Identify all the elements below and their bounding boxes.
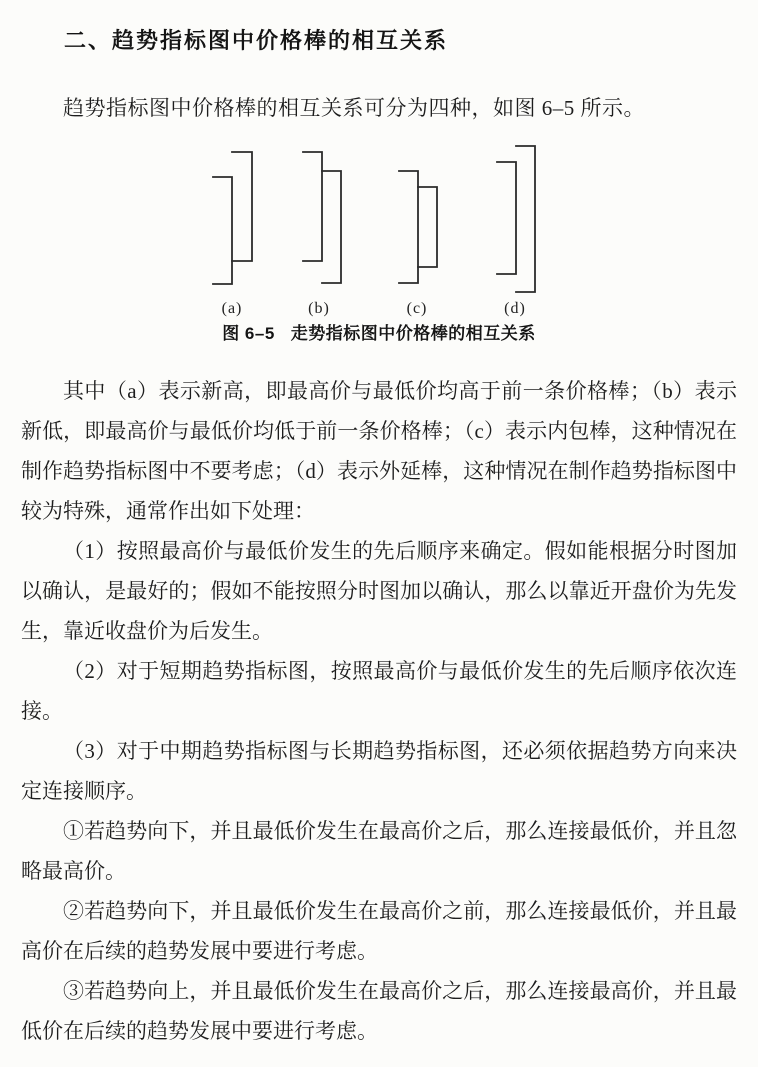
figure-6-5: (a) (b) (c) (d) 图 6–5走势指标图中价格棒的相互关系: [21, 138, 737, 345]
current-price-bar: [516, 146, 535, 292]
body-paragraph-overview: 其中（a）表示新高，即最高价与最低价均高于前一条价格棒；（b）表示新低，即最高价…: [21, 371, 737, 531]
price-bar-relationship-diagram: (a) (b) (c) (d): [189, 138, 569, 323]
diagram-lines: [213, 146, 535, 292]
body-paragraph-case-2: ②若趋势向下，并且最低价发生在最高价之前，那么连接最低价，并且最高价在后续的趋势…: [21, 891, 737, 971]
figure-caption-number: 图 6–5: [222, 324, 275, 343]
current-price-bar: [418, 187, 437, 267]
diagram-b-new-low: [303, 152, 341, 283]
book-page: 二、趋势指标图中价格棒的相互关系 趋势指标图中价格棒的相互关系可分为四种，如图 …: [0, 0, 758, 1067]
diagram-label-c: (c): [407, 300, 428, 317]
previous-price-bar: [303, 152, 322, 261]
body-text: 其中（a）表示新高，即最高价与最低价均高于前一条价格棒；（b）表示新低，即最高价…: [21, 371, 737, 1051]
body-paragraph-rule-1: （1）按照最高价与最低价发生的先后顺序来确定。假如能根据分时图加以确认，是最好的…: [21, 531, 737, 651]
intro-paragraph: 趋势指标图中价格棒的相互关系可分为四种，如图 6–5 所示。: [21, 88, 737, 128]
diagram-d-outside-bar: [497, 146, 535, 292]
body-paragraph-case-3: ③若趋势向上，并且最低价发生在最高价之后，那么连接最高价，并且最低价在后续的趋势…: [21, 971, 737, 1051]
diagram-label-a: (a): [222, 300, 243, 317]
current-price-bar: [232, 152, 252, 261]
body-paragraph-case-1: ①若趋势向下，并且最低价发生在最高价之后，那么连接最低价，并且忽略最高价。: [21, 811, 737, 891]
figure-caption: 图 6–5走势指标图中价格棒的相互关系: [21, 323, 737, 345]
current-price-bar: [322, 171, 341, 283]
diagram-a-new-high: [213, 152, 252, 284]
body-paragraph-rule-3: （3）对于中期趋势指标图与长期趋势指标图，还必须依据趋势方向来决定连接顺序。: [21, 731, 737, 811]
previous-price-bar: [497, 162, 516, 274]
previous-price-bar: [399, 171, 418, 283]
diagram-label-d: (d): [504, 300, 526, 317]
previous-price-bar: [213, 177, 232, 284]
diagram-label-b: (b): [308, 300, 330, 317]
diagram-c-inside-bar: [399, 171, 437, 283]
section-heading: 二、趋势指标图中价格棒的相互关系: [21, 24, 737, 58]
figure-caption-title: 走势指标图中价格棒的相互关系: [291, 324, 536, 343]
body-paragraph-rule-2: （2）对于短期趋势指标图，按照最高价与最低价发生的先后顺序依次连接。: [21, 651, 737, 731]
